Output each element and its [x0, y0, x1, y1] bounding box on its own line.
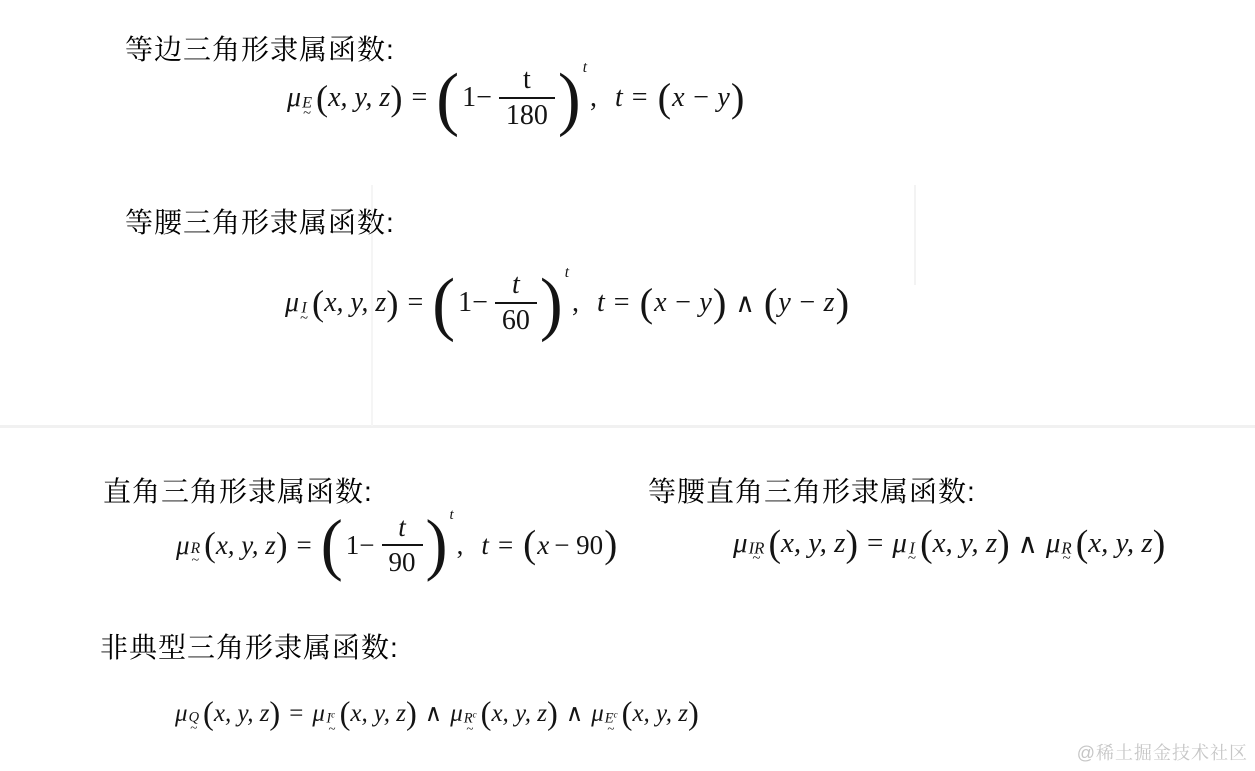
complement-superscript: c — [473, 709, 477, 719]
formula-arguments-3: x, y, z — [491, 700, 547, 728]
fraction-denominator: 180 — [499, 97, 555, 130]
mu-symbol-3: μ — [1046, 527, 1061, 560]
exponent: t — [450, 507, 454, 524]
subscript-tilde: ~ — [1062, 557, 1070, 562]
subscript-tilde: ~ — [190, 725, 197, 730]
fraction-numerator: t — [516, 66, 538, 97]
heading-atypical: 非典型三角形隶属函数: — [100, 626, 399, 666]
mu-symbol: μ — [176, 530, 190, 561]
formula-right: μ R~ ( x, y, z ) = ( 1− t 90 ) t , t = (… — [176, 514, 618, 576]
wedge-operator: ∧ — [1018, 528, 1038, 560]
formula-isosceles: μ I~ ( x, y, z ) = ( 1− t 60 ) t , t = (… — [285, 271, 850, 335]
subscript-tilde: ~ — [607, 726, 614, 731]
formula-arguments: x, y, z — [781, 527, 845, 560]
fraction: t 180 — [499, 66, 555, 130]
subscript-tilde: ~ — [300, 316, 308, 321]
mu-symbol-2: μ — [892, 527, 907, 560]
one-minus: 1− — [458, 287, 488, 319]
condition-body-2: y − z — [778, 287, 834, 319]
formula-arguments-4: x, y, z — [632, 700, 688, 728]
mu-subscript-3: R~ — [1061, 542, 1071, 563]
equals-sign: = — [411, 82, 427, 114]
formula-arguments-3: x, y, z — [1088, 527, 1152, 560]
mu-subscript-3: Rc~ — [464, 711, 477, 731]
fraction: t 90 — [382, 514, 423, 576]
section-divider — [0, 425, 1255, 428]
formula-arguments-2: x, y, z — [933, 527, 997, 560]
condition-t: t — [615, 82, 623, 114]
mu-subscript-4: Ec~ — [605, 711, 618, 731]
subscript-tilde: ~ — [752, 557, 760, 562]
wedge-operator: ∧ — [425, 699, 442, 728]
mu-symbol-4: μ — [591, 700, 604, 728]
mu-symbol: μ — [285, 287, 299, 319]
condition-body-1: x − y — [654, 287, 712, 319]
comma: , — [457, 530, 464, 561]
comma: , — [590, 82, 597, 114]
subscript-tilde: ~ — [329, 726, 336, 731]
exponent: t — [565, 264, 569, 282]
mu-symbol-2: μ — [312, 700, 325, 728]
subscript-tilde: ~ — [466, 726, 473, 731]
mu-subscript: R~ — [191, 544, 201, 563]
condition-number: − 90 — [554, 530, 603, 561]
fraction-denominator: 90 — [382, 544, 423, 576]
exponent: t — [583, 59, 587, 77]
mu-subscript: I~ — [300, 302, 308, 322]
page: { "symbols": { "mu": "μ", "tilde": "~", … — [0, 0, 1255, 771]
subscript-tilde: ~ — [908, 557, 916, 562]
seam-artifact-right — [914, 185, 916, 285]
mu-symbol: μ — [287, 82, 301, 114]
equals-sign: = — [289, 700, 303, 728]
formula-arguments: x, y, z — [328, 82, 390, 114]
formula-arguments: x, y, z — [214, 700, 270, 728]
mu-subscript: Q~ — [189, 712, 199, 730]
watermark: @稀土掘金技术社区 — [1077, 739, 1248, 765]
equals-sign: = — [407, 287, 423, 319]
condition-equals: = — [498, 530, 513, 561]
paren-body: 1− t 90 — [346, 514, 423, 576]
condition-t: t — [597, 287, 605, 319]
formula-isosceles-right: μ IR~ ( x, y, z ) = μ I~ ( x, y, z ) ∧ μ… — [733, 527, 1165, 560]
heading-right: 直角三角形隶属函数: — [103, 470, 373, 510]
formula-arguments: x, y, z — [324, 287, 386, 319]
formula-arguments-2: x, y, z — [350, 700, 406, 728]
subscript-tilde: ~ — [303, 111, 311, 116]
heading-isosceles: 等腰三角形隶属函数: — [125, 201, 395, 241]
mu-symbol-3: μ — [450, 700, 463, 728]
comma: , — [572, 287, 579, 319]
mu-symbol: μ — [175, 700, 188, 728]
wedge-operator: ∧ — [735, 288, 754, 319]
mu-subscript: IR~ — [749, 542, 765, 563]
paren-body: 1− t 180 — [462, 66, 555, 130]
condition-variable: x — [537, 530, 549, 561]
paren-group: ( 1− t 90 ) t — [321, 514, 454, 576]
formula-equilateral: μ E~ ( x, y, z ) = ( 1− t 180 ) t , t = … — [287, 66, 745, 130]
mu-subscript: E~ — [302, 97, 312, 117]
condition-equals: = — [614, 287, 630, 319]
paren-group: ( 1− t 60 ) t — [432, 271, 569, 335]
fraction-denominator: 60 — [495, 302, 537, 335]
heading-equilateral: 等边三角形隶属函数: — [125, 28, 395, 68]
condition-equals: = — [632, 82, 648, 114]
mu-subscript-2: I~ — [908, 542, 916, 563]
subscript-tilde: ~ — [192, 558, 200, 563]
condition-body: x − y — [672, 82, 730, 114]
one-minus: 1− — [462, 82, 492, 114]
complement-superscript: c — [614, 709, 618, 719]
heading-isosceles-right: 等腰直角三角形隶属函数: — [648, 470, 976, 510]
formula-arguments: x, y, z — [216, 530, 276, 561]
condition-t: t — [481, 530, 489, 561]
one-minus: 1− — [346, 530, 375, 561]
fraction-numerator: t — [391, 514, 413, 544]
mu-subscript-2: Ic~ — [326, 711, 336, 731]
equals-sign: = — [867, 527, 883, 560]
formula-atypical: μ Q~ ( x, y, z ) = μ Ic~ ( x, y, z ) ∧ μ… — [175, 699, 699, 728]
paren-group: ( 1− t 180 ) t — [436, 66, 587, 130]
paren-body: 1− t 60 — [458, 271, 537, 335]
fraction: t 60 — [495, 271, 537, 335]
complement-superscript: c — [331, 709, 335, 719]
fraction-numerator: t — [505, 271, 527, 302]
mu-symbol: μ — [733, 527, 748, 560]
wedge-operator-2: ∧ — [566, 699, 583, 728]
equals-sign: = — [297, 530, 312, 561]
